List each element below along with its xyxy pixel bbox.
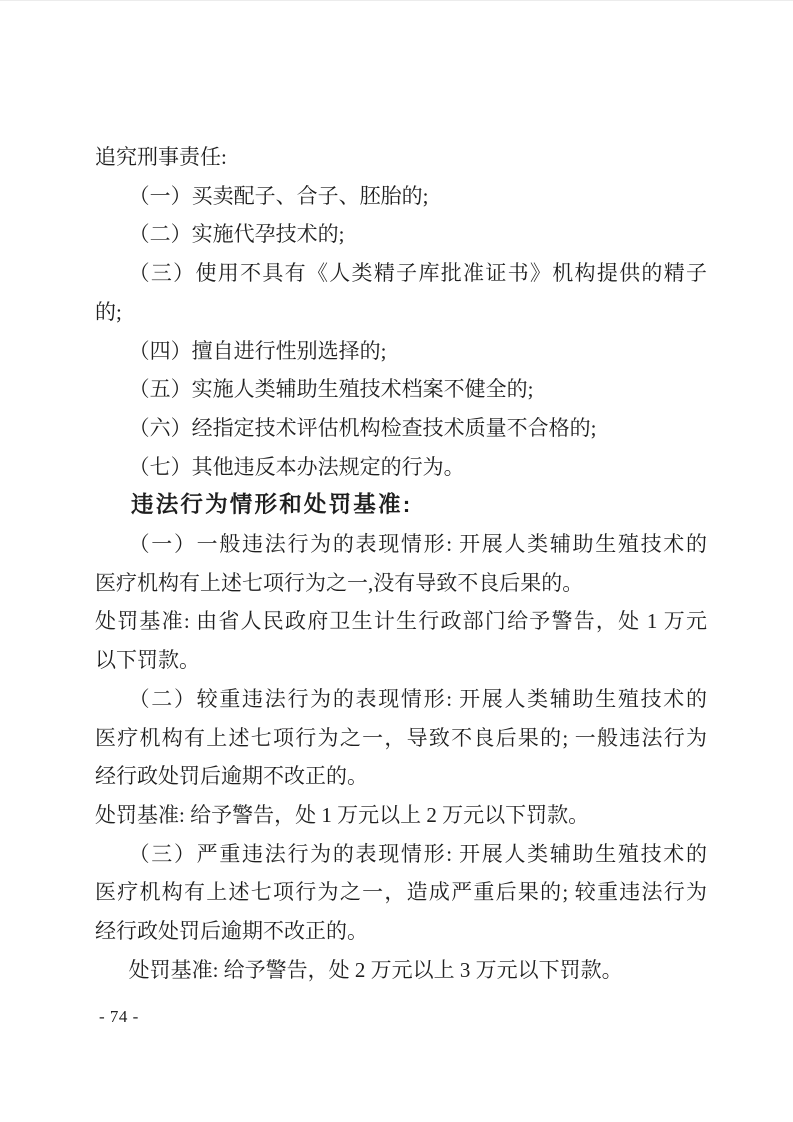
document-line: 医疗机构有上述七项行为之一，造成严重后果的; 较重违法行为 [95, 873, 707, 912]
document-line: 处罚基准: 给予警告，处 1 万元以上 2 万元以下罚款。 [95, 796, 707, 835]
document-line: 处罚基准: 给予警告，处 2 万元以上 3 万元以下罚款。 [95, 951, 707, 990]
document-line: 追究刑事责任: [95, 138, 707, 177]
page-number: - 74 - [99, 1007, 139, 1027]
document-line: 以下罚款。 [95, 641, 707, 680]
document-line: （七）其他违反本办法规定的行为。 [95, 448, 707, 487]
document-line: （五）实施人类辅助生殖技术档案不健全的; [95, 370, 707, 409]
document-line: 处罚基准: 由省人民政府卫生计生行政部门给予警告，处 1 万元 [95, 602, 707, 641]
document-line: （三）严重违法行为的表现情形: 开展人类辅助生殖技术的 [95, 835, 707, 874]
document-line: 医疗机构有上述七项行为之一，导致不良后果的; 一般违法行为 [95, 719, 707, 758]
document-page: 追究刑事责任:（一）买卖配子、合子、胚胎的;（二）实施代孕技术的;（三）使用不具… [0, 0, 793, 1122]
document-line: （二）较重违法行为的表现情形: 开展人类辅助生殖技术的 [95, 680, 707, 719]
document-line: 经行政处罚后逾期不改正的。 [95, 912, 707, 951]
section-heading: 违法行为情形和处罚基准: [95, 486, 707, 525]
document-line: （三）使用不具有《人类精子库批准证书》机构提供的精子 [95, 254, 707, 293]
document-line: 医疗机构有上述七项行为之一,没有导致不良后果的。 [95, 564, 707, 603]
document-line: 的; [95, 293, 707, 332]
document-line: （四）擅自进行性别选择的; [95, 332, 707, 371]
document-body: 追究刑事责任:（一）买卖配子、合子、胚胎的;（二）实施代孕技术的;（三）使用不具… [95, 138, 707, 989]
document-line: 经行政处罚后逾期不改正的。 [95, 757, 707, 796]
document-line: （一）一般违法行为的表现情形: 开展人类辅助生殖技术的 [95, 525, 707, 564]
document-line: （一）买卖配子、合子、胚胎的; [95, 177, 707, 216]
document-line: （六）经指定技术评估机构检查技术质量不合格的; [95, 409, 707, 448]
document-line: （二）实施代孕技术的; [95, 215, 707, 254]
